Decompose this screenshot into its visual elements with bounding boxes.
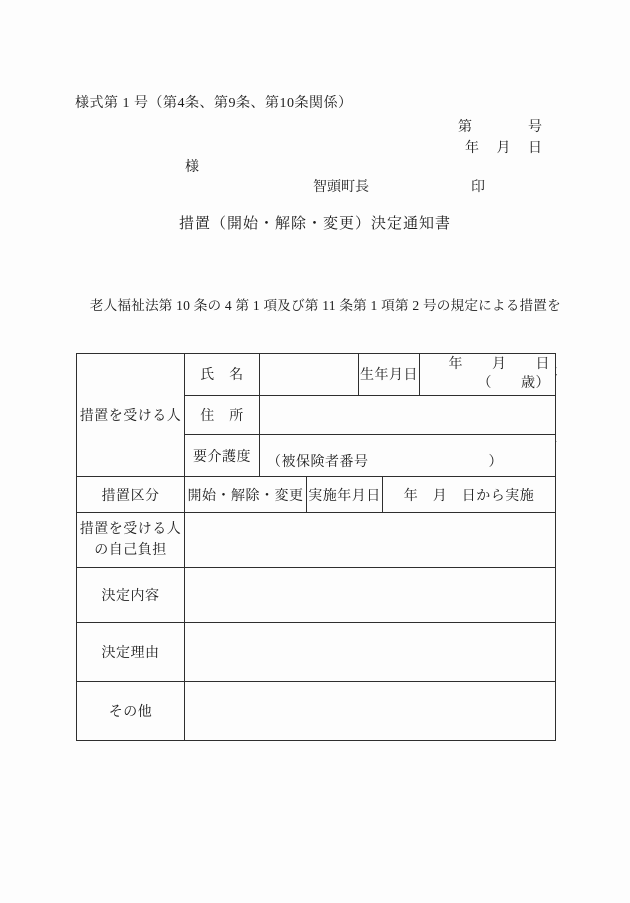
addressee-honorific: 様 xyxy=(185,156,199,176)
decision-reason-row: 決定理由 xyxy=(77,623,555,682)
address-value-cell xyxy=(260,396,555,435)
category-options: 開始・解除・変更 xyxy=(185,477,307,512)
body-line: 老人福祉法第 10 条の 4 第 1 項及び第 11 条第 1 項第 2 号の規… xyxy=(76,295,564,317)
decision-reason-value-cell xyxy=(185,623,555,681)
address-row: 住 所 xyxy=(185,396,555,436)
recipient-fields: 氏 名 生年月日 年 月 日 （ 歳） 住 所 要介護度 （被保険者番号 xyxy=(185,354,555,476)
recipient-block: 措置を受ける人 氏 名 生年月日 年 月 日 （ 歳） 住 所 要介護度 xyxy=(77,354,555,477)
decision-content-label: 決定内容 xyxy=(77,568,185,622)
other-value-cell xyxy=(185,682,555,740)
self-pay-row: 措置を受ける人 の自己負担 xyxy=(77,513,555,568)
insured-number-close: ） xyxy=(489,451,504,471)
seal-mark: 印 xyxy=(471,176,485,196)
sender-title: 智頭町長 xyxy=(313,176,369,196)
birth-age: （ 歳） xyxy=(478,374,551,393)
other-label: その他 xyxy=(77,682,185,740)
name-birth-row: 氏 名 生年月日 年 月 日 （ 歳） xyxy=(185,354,555,396)
name-label: 氏 名 xyxy=(185,354,260,395)
care-level-row: 要介護度 （被保険者番号 ） xyxy=(185,435,555,476)
decision-reason-label: 決定理由 xyxy=(77,623,185,681)
document-page: 様式第 1 号（第4条、第9条、第10条関係） 第 号 年 月 日 様 智頭町長… xyxy=(0,0,630,903)
birth-ymd: 年 月 日 xyxy=(449,355,551,374)
self-pay-label-line2: の自己負担 xyxy=(94,540,167,561)
decision-content-value-cell xyxy=(185,568,555,622)
decision-content-row: 決定内容 xyxy=(77,568,555,623)
name-value-cell xyxy=(260,354,359,395)
recipient-row-label: 措置を受ける人 xyxy=(77,354,185,476)
birth-date-value-cell: 年 月 日 （ 歳） xyxy=(420,354,555,395)
notification-table: 措置を受ける人 氏 名 生年月日 年 月 日 （ 歳） 住 所 要介護度 xyxy=(76,353,556,741)
document-title: 措置（開始・解除・変更）決定通知書 xyxy=(0,212,630,233)
doc-number-line: 第 号 xyxy=(458,116,542,136)
impl-date-value: 年 月 日から実施 xyxy=(383,477,555,512)
self-pay-value-cell xyxy=(185,513,555,567)
category-label: 措置区分 xyxy=(77,477,185,512)
other-row: その他 xyxy=(77,682,555,740)
self-pay-label-line1: 措置を受ける人 xyxy=(80,519,182,540)
address-label: 住 所 xyxy=(185,396,260,435)
issue-date-line: 年 月 日 xyxy=(465,137,542,157)
sender-line: 智頭町長 印 xyxy=(313,176,485,196)
self-pay-label: 措置を受ける人 の自己負担 xyxy=(77,513,185,567)
care-level-label: 要介護度 xyxy=(185,435,260,476)
category-row: 措置区分 開始・解除・変更 実施年月日 年 月 日から実施 xyxy=(77,477,555,513)
form-number: 様式第 1 号（第4条、第9条、第10条関係） xyxy=(75,92,353,112)
impl-date-label: 実施年月日 xyxy=(307,477,383,512)
insured-number-cell: （被保険者番号 ） xyxy=(260,435,555,476)
birth-date-label: 生年月日 xyxy=(359,354,420,395)
insured-number-open: （被保険者番号 xyxy=(267,451,369,471)
